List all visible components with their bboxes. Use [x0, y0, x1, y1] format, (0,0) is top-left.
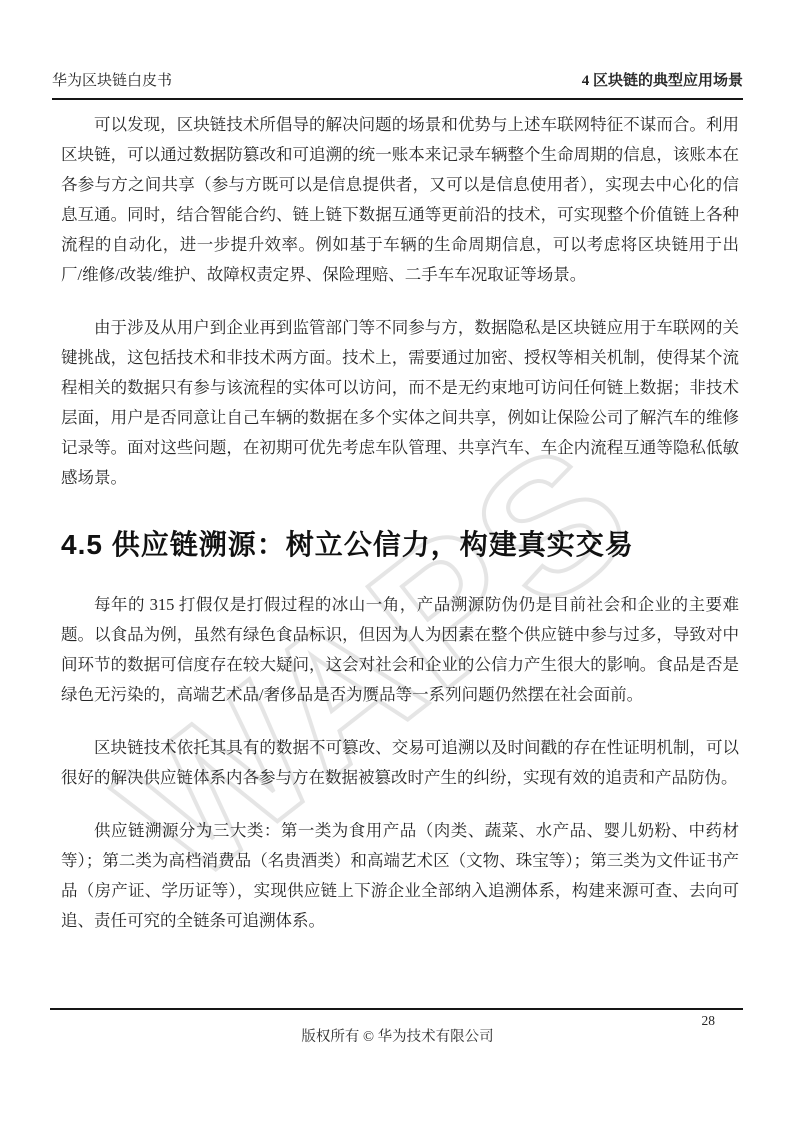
- document-page: WAPS 华为区块链白皮书 4 区块链的典型应用场景 可以发现，区块链技术所倡导…: [0, 0, 793, 1122]
- paragraph: 区块链技术依托其具有的数据不可篡改、交易可追溯以及时间戳的存在性证明机制，可以很…: [61, 733, 739, 793]
- header-document-title: 华为区块链白皮书: [52, 71, 172, 91]
- footer-divider: [50, 1008, 743, 1010]
- section-heading: 4.5 供应链溯源：树立公信力，构建真实交易: [61, 527, 739, 563]
- copyright-notice: 版权所有 © 华为技术有限公司: [52, 1026, 743, 1048]
- paragraph: 由于涉及从用户到企业再到监管部门等不同参与方，数据隐私是区块链应用于车联网的关键…: [61, 313, 739, 493]
- paragraph: 供应链溯源分为三大类：第一类为食用产品（肉类、蔬菜、水产品、婴儿奶粉、中药材等）…: [61, 816, 739, 936]
- page-header: 华为区块链白皮书 4 区块链的典型应用场景: [52, 71, 743, 100]
- paragraph: 每年的 315 打假仅是打假过程的冰山一角，产品溯源防伪仍是目前社会和企业的主要…: [61, 590, 739, 710]
- document-body: 可以发现，区块链技术所倡导的解决问题的场景和优势与上述车联网特征不谋而合。利用区…: [61, 110, 739, 959]
- paragraph: 可以发现，区块链技术所倡导的解决问题的场景和优势与上述车联网特征不谋而合。利用区…: [61, 110, 739, 290]
- header-chapter-title: 4 区块链的典型应用场景: [582, 71, 743, 91]
